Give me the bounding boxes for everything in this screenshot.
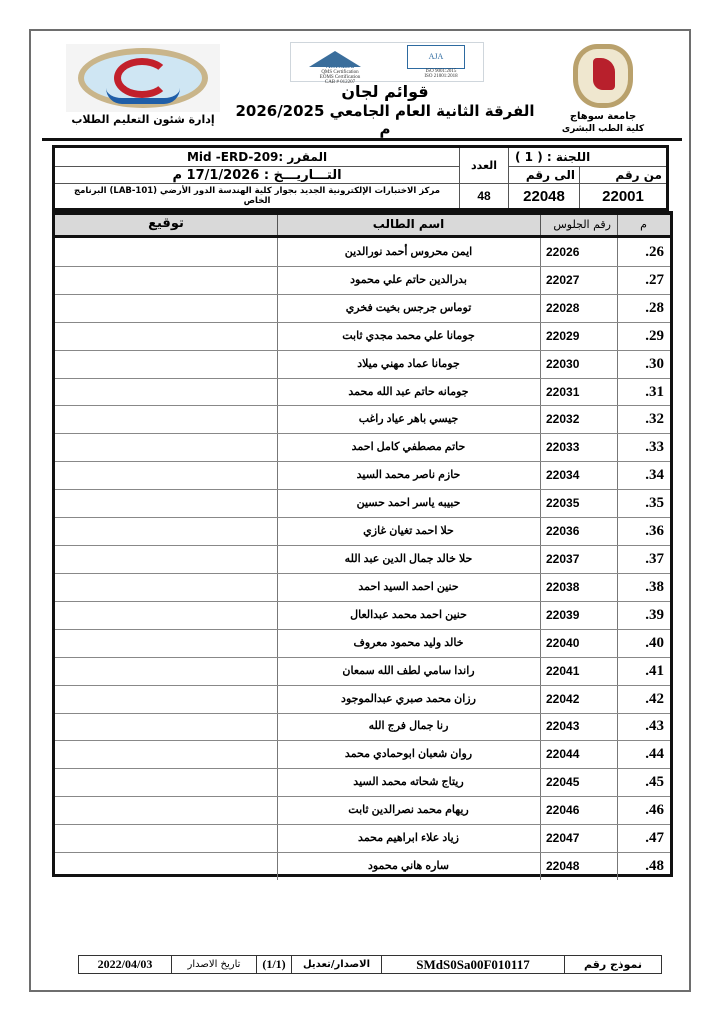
egac-logo: Accredited QMS Certification EOMS Certif… [295, 45, 385, 79]
signature-field[interactable] [55, 378, 277, 406]
student-name: ايمن محروس أحمد نورالدين [277, 245, 540, 258]
table-row: .4222042رزان محمد صبري عبدالموجود [55, 685, 670, 713]
committee-info: اللجنة : ( 1 ) من رقم الى رقم 22001 2204… [52, 145, 669, 211]
student-name: حلا خالد جمال الدين عبد الله [277, 552, 540, 565]
row-index: .40 [617, 635, 670, 652]
student-name: زياد علاء ابراهيم محمد [277, 831, 540, 844]
certification-logos: Accredited QMS Certification EOMS Certif… [290, 42, 484, 82]
row-index: .41 [617, 663, 670, 680]
student-name: ريهام محمد نصرالدين ثابت [277, 803, 540, 816]
aja-logo: AJA ISO 9001:2015 ISO 21001:2018 [403, 45, 479, 79]
table-body: .2622026ايمن محروس أحمد نورالدين.2722027… [55, 238, 670, 880]
revision-value: (1/1) [256, 956, 291, 973]
row-index: .29 [617, 328, 670, 345]
row-index: .30 [617, 356, 670, 373]
issue-date-label: تاريخ الاصدار [171, 956, 256, 973]
student-name: حلا احمد تغيان غازي [277, 524, 540, 537]
exam-date: التـــاريـــخ : 17/1/2026 م [55, 167, 459, 184]
column-signature: توقيع [55, 216, 277, 231]
form-code: SMdS0Sa00F010117 [381, 956, 564, 973]
student-name: جومانا علي محمد مجدي ثابت [277, 329, 540, 342]
form-footer: نموذج رقم SMdS0Sa00F010117 الاصدار/تعديل… [78, 955, 662, 974]
row-index: .47 [617, 830, 670, 847]
seat-number: 22048 [540, 859, 617, 873]
row-index: .38 [617, 579, 670, 596]
seat-number: 22041 [540, 664, 617, 678]
row-index: .46 [617, 802, 670, 819]
row-index: .37 [617, 551, 670, 568]
seat-number: 22036 [540, 524, 617, 538]
signature-field[interactable] [55, 629, 277, 657]
seat-number: 22039 [540, 608, 617, 622]
signature-field[interactable] [55, 433, 277, 461]
table-row: .4722047زياد علاء ابراهيم محمد [55, 824, 670, 852]
table-row: .4622046ريهام محمد نصرالدين ثابت [55, 796, 670, 824]
row-index: .48 [617, 858, 670, 875]
student-name: خالد وليد محمود معروف [277, 636, 540, 649]
table-row: .3122031جومانه حاتم عبد الله محمد [55, 378, 670, 406]
seat-number: 22040 [540, 636, 617, 650]
table-row: .3022030جومانا عماد مهني ميلاد [55, 350, 670, 378]
row-index: .34 [617, 467, 670, 484]
row-index: .33 [617, 439, 670, 456]
table-row: .4322043رنا جمال فرج الله [55, 713, 670, 741]
signature-field[interactable] [55, 740, 277, 768]
seat-number: 22029 [540, 329, 617, 343]
student-name: رزان محمد صبري عبدالموجود [277, 692, 540, 705]
student-name: حنين احمد السيد احمد [277, 580, 540, 593]
seat-number: 22035 [540, 496, 617, 510]
row-index: .44 [617, 746, 670, 763]
student-name: بدرالدين حاتم علي محمود [277, 273, 540, 286]
student-name: حنين احمد محمد عبدالعال [277, 608, 540, 621]
signature-field[interactable] [55, 489, 277, 517]
row-index: .32 [617, 411, 670, 428]
row-index: .31 [617, 384, 670, 401]
table-row: .4422044روان شعبان ابوحمادي محمد [55, 740, 670, 768]
row-index: .35 [617, 495, 670, 512]
to-value: 22048 [509, 184, 579, 208]
seat-number: 22047 [540, 831, 617, 845]
table-row: .4822048ساره هاني محمود [55, 852, 670, 880]
header-divider [42, 138, 682, 141]
table-row: .3322033حاتم مصطفي كامل احمد [55, 433, 670, 461]
student-name: جومانه حاتم عبد الله محمد [277, 385, 540, 398]
column-student-name: اسم الطالب [277, 217, 540, 231]
signature-field[interactable] [55, 657, 277, 685]
student-name: ساره هاني محمود [277, 859, 540, 872]
row-index: .39 [617, 607, 670, 624]
faculty-name: كلية الطب البشرى [560, 124, 646, 134]
signature-field[interactable] [55, 685, 277, 713]
table-row: .2722027بدرالدين حاتم علي محمود [55, 266, 670, 294]
seat-number: 22026 [540, 245, 617, 259]
from-value: 22001 [579, 184, 666, 208]
student-name: جومانا عماد مهني ميلاد [277, 357, 540, 370]
signature-field[interactable] [55, 796, 277, 824]
signature-field[interactable] [55, 350, 277, 378]
student-affairs-logo [66, 44, 220, 112]
table-row: .2922029جومانا علي محمد مجدي ثابت [55, 322, 670, 350]
to-label: الى رقم [509, 167, 579, 184]
signature-field[interactable] [55, 573, 277, 601]
table-row: .2622026ايمن محروس أحمد نورالدين [55, 238, 670, 266]
row-index: .43 [617, 718, 670, 735]
signature-field[interactable] [55, 238, 277, 266]
signature-field[interactable] [55, 852, 277, 880]
table-row: .3922039حنين احمد محمد عبدالعال [55, 601, 670, 629]
page-title: قوائم لجان [250, 82, 520, 101]
seat-number: 22045 [540, 775, 617, 789]
table-row: .4122041راندا سامي لطف الله سمعان [55, 657, 670, 685]
signature-field[interactable] [55, 601, 277, 629]
student-name: جيسي باهر عياد راغب [277, 412, 540, 425]
seat-number: 22037 [540, 552, 617, 566]
signature-field[interactable] [55, 322, 277, 350]
committee-number: اللجنة : ( 1 ) [509, 148, 666, 167]
page-subtitle: الفرقة الثانية العام الجامعي 2026/2025 م [230, 102, 540, 138]
signature-field[interactable] [55, 517, 277, 545]
seat-number: 22028 [540, 301, 617, 315]
row-index: .27 [617, 272, 670, 289]
exam-location: مركز الاختبارات الإلكترونية الجديد بجوار… [55, 184, 459, 208]
row-index: .36 [617, 523, 670, 540]
seat-number: 22046 [540, 803, 617, 817]
count-value: 48 [459, 184, 509, 208]
student-name: حازم ناصر محمد السيد [277, 468, 540, 481]
signature-field[interactable] [55, 713, 277, 741]
university-name: جامعة سوهاج [560, 111, 646, 122]
course-code: المقرر :Mid -ERD-209 [55, 148, 459, 167]
column-seat-number: رقم الجلوس [540, 218, 617, 231]
table-row: .3222032جيسي باهر عياد راغب [55, 405, 670, 433]
students-table: م رقم الجلوس اسم الطالب توقيع .2622026اي… [52, 211, 673, 877]
row-index: .28 [617, 300, 670, 317]
student-name: حبيبه ياسر احمد حسين [277, 496, 540, 509]
signature-field[interactable] [55, 768, 277, 796]
table-row: .2822028توماس جرجس بخيت فخري [55, 294, 670, 322]
table-row: .3522035حبيبه ياسر احمد حسين [55, 489, 670, 517]
revision-label: الاصدار/تعديل [291, 956, 381, 973]
seat-number: 22043 [540, 719, 617, 733]
seat-number: 22042 [540, 692, 617, 706]
signature-field[interactable] [55, 545, 277, 573]
table-row: .4022040خالد وليد محمود معروف [55, 629, 670, 657]
row-index: .26 [617, 244, 670, 261]
student-name: ريتاج شحاته محمد السيد [277, 775, 540, 788]
table-header: م رقم الجلوس اسم الطالب توقيع [55, 215, 670, 238]
seat-number: 22034 [540, 468, 617, 482]
student-name: توماس جرجس بخيت فخري [277, 301, 540, 314]
column-index: م [617, 218, 670, 231]
seat-number: 22030 [540, 357, 617, 371]
table-row: .3622036حلا احمد تغيان غازي [55, 517, 670, 545]
from-label: من رقم [579, 167, 666, 184]
student-name: راندا سامي لطف الله سمعان [277, 664, 540, 677]
student-name: رنا جمال فرج الله [277, 719, 540, 732]
form-number-label: نموذج رقم [564, 956, 661, 973]
student-name: حاتم مصطفي كامل احمد [277, 440, 540, 453]
table-row: .4522045ريتاج شحاته محمد السيد [55, 768, 670, 796]
signature-field[interactable] [55, 461, 277, 489]
issue-date-value: 2022/04/03 [79, 956, 171, 973]
signature-field[interactable] [55, 294, 277, 322]
student-affairs-caption: إدارة شئون التعليم الطلاب [66, 113, 220, 126]
row-index: .42 [617, 691, 670, 708]
count-label: العدد [459, 148, 509, 184]
seat-number: 22032 [540, 412, 617, 426]
seat-number: 22031 [540, 385, 617, 399]
seat-number: 22038 [540, 580, 617, 594]
seat-number: 22027 [540, 273, 617, 287]
seat-number: 22033 [540, 440, 617, 454]
signature-field[interactable] [55, 405, 277, 433]
signature-field[interactable] [55, 266, 277, 294]
table-row: .3722037حلا خالد جمال الدين عبد الله [55, 545, 670, 573]
signature-field[interactable] [55, 824, 277, 852]
row-index: .45 [617, 774, 670, 791]
table-row: .3422034حازم ناصر محمد السيد [55, 461, 670, 489]
sohag-university-logo [573, 44, 633, 110]
table-row: .3822038حنين احمد السيد احمد [55, 573, 670, 601]
seat-number: 22044 [540, 747, 617, 761]
student-name: روان شعبان ابوحمادي محمد [277, 747, 540, 760]
